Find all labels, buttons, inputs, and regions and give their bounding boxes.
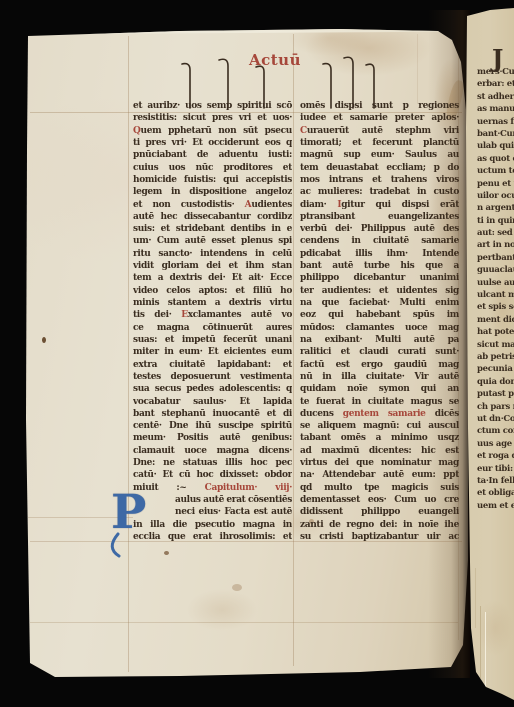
text-segment: pnūciabant de aduentu iusti:: [133, 150, 292, 160]
ruling-line-horizontal: [30, 622, 458, 623]
facing-page-line: ctum coram: [477, 425, 514, 437]
page-top-edge: [28, 28, 440, 35]
text-segment: ecclia que erat ihrosolimis: et: [133, 532, 292, 542]
text-segment: et non custodistis·: [133, 200, 245, 210]
text-segment: gentem samarie: [343, 409, 435, 419]
text-segment: miter in eum· Et eicientes eum: [133, 347, 292, 357]
text-line: tis dei· Exclamantes autē vo: [133, 309, 292, 321]
text-line: ce magna cōtinuerūt aures: [133, 322, 292, 334]
text-line: vocabatur saulus· Et lapida: [133, 396, 292, 408]
ruling-line-vertical: [417, 34, 418, 104]
facing-page-line: uctum tei: n: [477, 165, 514, 177]
text-line: clamauit uoce magna dicens·: [133, 445, 292, 457]
facing-page-line: erbar: et nu: [477, 78, 514, 90]
facing-page-line: ulab qui co: [477, 140, 514, 152]
text-segment: neci eius· Facta est autē: [175, 507, 292, 517]
text-line: ecclia que erat ihrosolimis: et: [133, 531, 292, 543]
facing-page-line: as manu fig: [477, 103, 514, 115]
facing-page-line: ulcant manu: [477, 289, 514, 301]
text-segment: autē hec dissecabantur cordibz: [133, 212, 292, 222]
text-segment: legem in dispositione angeloz: [133, 187, 292, 197]
text-segment: meum· Positis autē genibus:: [133, 433, 292, 443]
text-segment: homicide fuistis: qui accepistis: [133, 175, 292, 185]
text-segment: ritu sancto· intendens in celū: [133, 249, 292, 259]
facing-page-line: mers·Cun: [477, 66, 514, 78]
text-line: suis: et stridebant dentibs in e: [133, 223, 292, 235]
text-segment: vocabatur saulus· Et lapida: [133, 397, 292, 407]
facing-page-line: aut: sed bap: [477, 227, 514, 239]
text-segment: catū· Et cū hoc dixisset: obdor: [133, 470, 292, 480]
facing-page-line: uulse aut sp: [477, 277, 514, 289]
stain: [164, 551, 169, 555]
text-segment: um· Cum autē esset plenus spi: [133, 236, 292, 246]
facing-page-line: art in noie dn: [477, 239, 514, 251]
text-segment: video celos aptos: et filiū ho: [133, 286, 292, 296]
text-line: um· Cum autē esset plenus spi: [133, 235, 292, 247]
text-segment: diam·: [300, 200, 337, 210]
text-line: aulus autē erat cōsentiēs: [133, 494, 292, 506]
text-line: cuius uos nūc proditores et: [133, 162, 292, 174]
facing-page-line: uus age abt: [477, 438, 514, 450]
text-segment: udientes: [251, 200, 292, 210]
text-segment: resistitis: sicut pres vri et uos·: [133, 113, 292, 123]
text-line: minis stantem a dextris virtu: [133, 297, 292, 309]
facing-page-text: mers·Cunerbar: et nust adherbaas manu fi…: [477, 66, 514, 512]
manuscript-photo: Actuū et auribz· uos semp spiritui scōre…: [0, 0, 514, 707]
text-line: ti pres vri· Et occiderunt eos q: [133, 137, 292, 149]
text-line: neci eius· Facta est autē: [133, 506, 292, 518]
text-line: miter in eum· Et eicientes eum: [133, 346, 292, 358]
facing-page-line: putast possid: [477, 388, 514, 400]
text-line: tem a dextris dei· Et ait· Ecce: [133, 272, 292, 284]
facing-page-line: et roga dnm: [477, 450, 514, 462]
text-segment: Q: [133, 126, 141, 136]
text-line: Quem pphetarū non sūt psecu: [133, 125, 292, 137]
text-segment: bant stephanū inuocantē et di: [133, 409, 292, 419]
facing-page-line: et obligatio: [477, 487, 514, 499]
facing-page-line: bant·Cum au: [477, 128, 514, 140]
facing-page-line: as quot corp: [477, 153, 514, 165]
facing-page-line: sicut manus: [477, 339, 514, 351]
facing-page-line: quia donū: [477, 376, 514, 388]
text-segment: cuius uos nūc proditores et: [133, 163, 292, 173]
stain: [42, 337, 46, 343]
text-segment: testes deposuerunt vestimenta: [133, 372, 292, 382]
facing-page-line: ut dn·Cor en: [477, 413, 514, 425]
text-segment: ce magna cōtinuerūt aures: [133, 323, 292, 333]
facing-page-line: uilor ocupi: [477, 190, 514, 202]
facing-page-line: st adherba: [477, 91, 514, 103]
text-line: homicide fuistis: qui accepistis: [133, 174, 292, 186]
text-segment: Capitulum· viij·: [205, 483, 292, 493]
text-line: legem in dispositione angeloz: [133, 186, 292, 198]
facing-page-line: eur tibi: in fe: [477, 463, 514, 475]
text-line: sua secus pedes adolescentis: q: [133, 383, 292, 395]
text-line: resistitis: sicut pres vri et uos·: [133, 112, 292, 124]
facing-page-line: ta·In felle: [477, 475, 514, 487]
text-segment: minis stantem a dextris virtu: [133, 298, 292, 308]
text-segment: xclamantes autē vo: [188, 310, 292, 320]
facing-page-line: guuaclaur t: [477, 264, 514, 276]
stain: [232, 584, 242, 591]
facing-page-line: penu et ulte: [477, 178, 514, 190]
facing-page-line: uem et esse·: [477, 500, 514, 512]
page-edge-ridge: [480, 606, 481, 690]
facing-page-line: ab petris an: [477, 351, 514, 363]
facing-page-line: ment dicens: [477, 314, 514, 326]
text-line: suas: et impetū fecerūt unani: [133, 334, 292, 346]
text-segment: sua secus pedes adolescentis: q: [133, 384, 292, 394]
text-line: meum· Positis autē genibus:: [133, 432, 292, 444]
facing-page-line: hat potestate: [477, 326, 514, 338]
text-segment: centē· Dne ihū suscipe spiritū: [133, 421, 292, 431]
text-segment: clamauit uoce magna dicens·: [133, 446, 292, 456]
facing-page-line: pertbant uer: [477, 252, 514, 264]
text-line: catū· Et cū hoc dixisset: obdor: [133, 469, 292, 481]
text-segment: vidit gloriam dei et ihm stan: [133, 261, 292, 271]
text-segment: tis dei·: [133, 310, 181, 320]
text-line: ritu sancto· intendens in celū: [133, 248, 292, 260]
text-segment: C: [300, 126, 307, 136]
text-line: pnūciabant de aduentu iusti:: [133, 149, 292, 161]
text-column-left: et auribz· uos semp spiritui scōresistit…: [133, 100, 292, 543]
facing-page-line: et spis scis: u: [477, 301, 514, 313]
text-line: in illa die psecutio magna in: [133, 519, 292, 531]
text-line: autē hec dissecabantur cordibz: [133, 211, 292, 223]
text-line: Dne: ne statuas illis hoc pec: [133, 457, 292, 469]
text-line: video celos aptos: et filiū ho: [133, 285, 292, 297]
facing-page-line: ch pars neqz: [477, 401, 514, 413]
text-segment: et auribz· uos semp spiritui scō: [133, 101, 292, 111]
facing-page-line: uernas fier: [477, 116, 514, 128]
text-segment: ti pres vri· Et occiderunt eos q: [133, 138, 292, 148]
page-edge-ridge: [475, 568, 476, 628]
ruling-line-vertical: [293, 34, 294, 666]
text-segment: uem pphetarū non sūt psecu: [141, 126, 293, 136]
running-title: Actuū: [225, 51, 325, 69]
facing-page-line: ti in quirioqz: [477, 215, 514, 227]
text-line: bant stephanū inuocantē et di: [133, 408, 292, 420]
text-line: et auribz· uos semp spiritui scō: [133, 100, 292, 112]
ruling-line-vertical: [128, 36, 129, 672]
text-segment: Dne: ne statuas illis hoc pec: [133, 458, 292, 468]
photo-backdrop: { "colors": { "ink": "#3a2d20", "red": "…: [0, 0, 514, 707]
text-segment: ducens: [300, 409, 343, 419]
text-line: miuit :~ Capitulum· viij·: [133, 482, 292, 494]
facing-page-line: pecunia tua: [477, 363, 514, 375]
text-line: testes deposuerunt vestimenta: [133, 371, 292, 383]
gutter-shadow: [428, 10, 470, 678]
text-line: et non custodistis· Audientes: [133, 199, 292, 211]
text-line: centē· Dne ihū suscipe spiritū: [133, 420, 292, 432]
text-segment: aulus autē erat cōsentiēs: [175, 495, 292, 505]
text-segment: suis: et stridebant dentibs in e: [133, 224, 292, 234]
text-segment: tem a dextris dei· Et ait· Ecce: [133, 273, 292, 283]
text-segment: suas: et impetū fecerūt unani: [133, 335, 292, 345]
text-line: extra ciuitatē lapidabant: et: [133, 359, 292, 371]
text-segment: in illa die psecutio magna in: [133, 520, 292, 530]
facing-page-line: n argent spi: [477, 202, 514, 214]
text-line: vidit gloriam dei et ihm stan: [133, 260, 292, 272]
drop-cap-initial: P: [111, 487, 155, 545]
page-edge-ridge: [485, 612, 486, 692]
text-segment: extra ciuitatē lapidabant: et: [133, 360, 292, 370]
